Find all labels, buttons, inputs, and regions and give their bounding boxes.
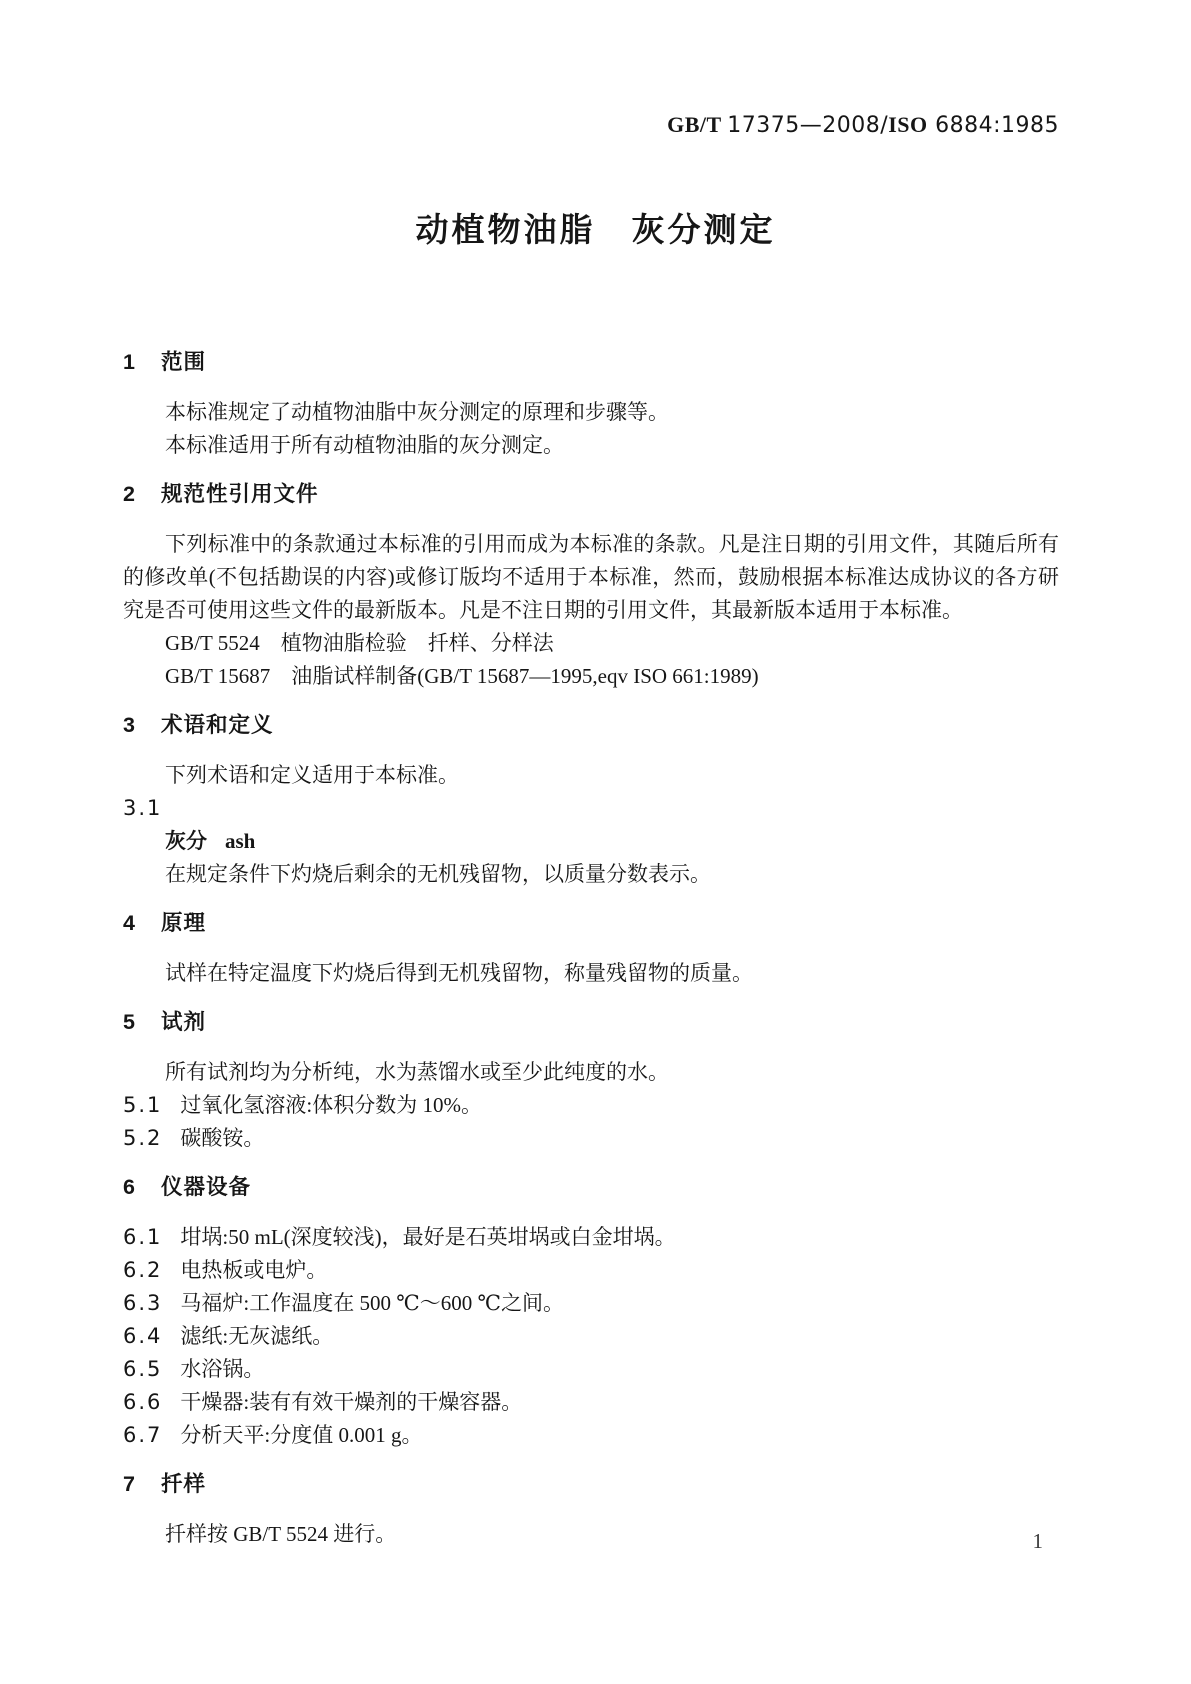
- document-page: GB/T 17375—2008/ISO 6884:1985 动植物油脂 灰分测定…: [0, 0, 1191, 1684]
- paragraph-text: 在规定条件下灼烧后剩余的无机残留物，以质量分数表示。: [165, 862, 711, 886]
- clause-text: 干燥器:装有有效干燥剂的干燥容器。: [180, 1390, 522, 1414]
- clause-text: 马福炉:工作温度在 500 ℃～600 ℃之间。: [180, 1291, 564, 1315]
- paragraph: 所有试剂均为分析纯，水为蒸馏水或至少此纯度的水。: [123, 1056, 1059, 1089]
- section-title: 扦样: [161, 1472, 206, 1496]
- term-english: ash: [225, 829, 255, 853]
- standard-code-part: GB/T: [667, 112, 727, 137]
- clause-number: 6.5: [123, 1357, 162, 1381]
- clause-number: 6.1: [123, 1225, 162, 1249]
- clause-number: 6.7: [123, 1423, 162, 1447]
- paragraph: 下列术语和定义适用于本标准。: [123, 759, 1059, 792]
- paragraph-text: 本标准规定了动植物油脂中灰分测定的原理和步骤等。: [165, 400, 669, 424]
- document-title: 动植物油脂 灰分测定: [0, 204, 1191, 251]
- section-number: 2: [123, 482, 135, 506]
- section-heading: 4原理: [123, 907, 1059, 940]
- section-heading: 5试剂: [123, 1006, 1059, 1039]
- section-title: 术语和定义: [161, 713, 274, 737]
- section-heading: 1范围: [123, 346, 1059, 379]
- clause-number: 6.2: [123, 1258, 162, 1282]
- section-heading: 7扦样: [123, 1468, 1059, 1501]
- clause-item: 6.4滤纸:无灰滤纸。: [123, 1320, 1059, 1353]
- term-definition: 灰分ash: [123, 825, 1059, 858]
- paragraph-text: 下列术语和定义适用于本标准。: [165, 763, 459, 787]
- clause-text: 电热板或电炉。: [180, 1258, 327, 1282]
- paragraph: 本标准规定了动植物油脂中灰分测定的原理和步骤等。: [123, 396, 1059, 429]
- section-title: 范围: [161, 350, 206, 374]
- document-body: 1范围本标准规定了动植物油脂中灰分测定的原理和步骤等。本标准适用于所有动植物油脂…: [123, 330, 1059, 1551]
- paragraph-text: GB/T 5524 植物油脂检验 扦样、分样法: [165, 631, 554, 655]
- section-heading: 6仪器设备: [123, 1171, 1059, 1204]
- clause-number: 5.1: [123, 1093, 162, 1117]
- clause-item: 6.5水浴锅。: [123, 1353, 1059, 1386]
- paragraph: 试样在特定温度下灼烧后得到无机残留物，称量残留物的质量。: [123, 957, 1059, 990]
- standard-code-part: 6884:1985: [928, 113, 1059, 138]
- paragraph-text: 下列标准中的条款通过本标准的引用而成为本标准的条款。凡是注日期的引用文件，其随后…: [123, 532, 1059, 622]
- clause-text: 水浴锅。: [180, 1357, 264, 1381]
- paragraph-text: 试样在特定温度下灼烧后得到无机残留物，称量残留物的质量。: [165, 961, 753, 985]
- paragraph-text: 所有试剂均为分析纯，水为蒸馏水或至少此纯度的水。: [165, 1060, 669, 1084]
- clause-number: 6.4: [123, 1324, 162, 1348]
- section-number: 3: [123, 713, 135, 737]
- clause-item: 5.1过氧化氢溶液:体积分数为 10%。: [123, 1089, 1059, 1122]
- clause-number: 5.2: [123, 1126, 162, 1150]
- paragraph-text: 本标准适用于所有动植物油脂的灰分测定。: [165, 433, 564, 457]
- paragraph-text: GB/T 15687 油脂试样制备(GB/T 15687—1995,eqv IS…: [165, 664, 759, 688]
- section-title: 试剂: [161, 1010, 206, 1034]
- subclause-number: 3.1: [123, 792, 1059, 825]
- section-heading: 3术语和定义: [123, 709, 1059, 742]
- section-title: 规范性引用文件: [161, 482, 319, 506]
- section-number: 7: [123, 1472, 135, 1496]
- clause-text: 坩埚:50 mL(深度较浅)，最好是石英坩埚或白金坩埚。: [180, 1225, 675, 1249]
- page-number: 1: [123, 1529, 1043, 1554]
- paragraph: 在规定条件下灼烧后剩余的无机残留物，以质量分数表示。: [123, 858, 1059, 891]
- clause-number: 6.6: [123, 1390, 162, 1414]
- clause-item: 6.6干燥器:装有有效干燥剂的干燥容器。: [123, 1386, 1059, 1419]
- clause-item: 6.1坩埚:50 mL(深度较浅)，最好是石英坩埚或白金坩埚。: [123, 1221, 1059, 1254]
- subclause-number-text: 3.1: [123, 796, 162, 820]
- section-heading: 2规范性引用文件: [123, 478, 1059, 511]
- section-number: 6: [123, 1175, 135, 1199]
- paragraph: GB/T 15687 油脂试样制备(GB/T 15687—1995,eqv IS…: [123, 660, 1059, 693]
- standard-code-header: GB/T 17375—2008/ISO 6884:1985: [123, 110, 1059, 141]
- clause-item: 6.7分析天平:分度值 0.001 g。: [123, 1419, 1059, 1452]
- section-number: 1: [123, 350, 135, 374]
- standard-code-part: 17375—2008/: [727, 113, 888, 138]
- term-chinese: 灰分: [165, 830, 207, 853]
- paragraph: GB/T 5524 植物油脂检验 扦样、分样法: [123, 627, 1059, 660]
- section-title: 仪器设备: [161, 1175, 251, 1199]
- standard-code-part: ISO: [888, 112, 927, 137]
- clause-item: 6.2电热板或电炉。: [123, 1254, 1059, 1287]
- clause-text: 过氧化氢溶液:体积分数为 10%。: [180, 1093, 482, 1117]
- paragraph: 下列标准中的条款通过本标准的引用而成为本标准的条款。凡是注日期的引用文件，其随后…: [123, 528, 1059, 627]
- clause-number: 6.3: [123, 1291, 162, 1315]
- section-number: 4: [123, 911, 135, 935]
- paragraph: 本标准适用于所有动植物油脂的灰分测定。: [123, 429, 1059, 462]
- clause-text: 碳酸铵。: [180, 1126, 264, 1150]
- clause-item: 5.2碳酸铵。: [123, 1122, 1059, 1155]
- clause-item: 6.3马福炉:工作温度在 500 ℃～600 ℃之间。: [123, 1287, 1059, 1320]
- clause-text: 滤纸:无灰滤纸。: [180, 1324, 333, 1348]
- section-title: 原理: [161, 911, 206, 935]
- section-number: 5: [123, 1010, 135, 1034]
- clause-text: 分析天平:分度值 0.001 g。: [180, 1423, 422, 1447]
